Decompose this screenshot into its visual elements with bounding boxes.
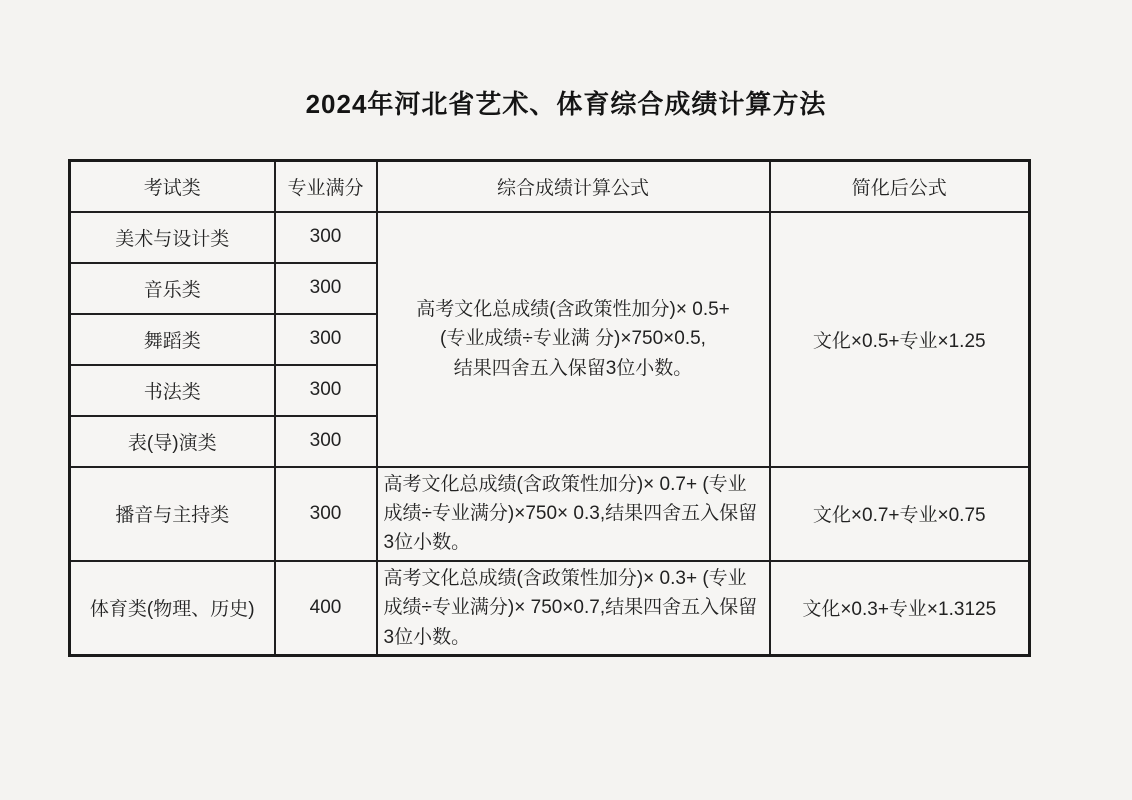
cell-category-dance: 舞蹈类 [70,314,275,365]
cell-simplified-broadcast: 文化×0.7+专业×0.75 [770,467,1030,561]
cell-score-performance: 300 [275,416,377,467]
cell-formula-broadcast: 高考文化总成绩(含政策性加分)× 0.7+ (专业成绩÷专业满分)×750× 0… [377,467,770,561]
cell-score-art-design: 300 [275,212,377,263]
cell-score-broadcast: 300 [275,467,377,561]
cell-score-sports: 400 [275,561,377,656]
cell-category-calligraphy: 书法类 [70,365,275,416]
cell-simplified-sports: 文化×0.3+专业×1.3125 [770,561,1030,656]
cell-category-music: 音乐类 [70,263,275,314]
document-page: 2024年河北省艺术、体育综合成绩计算方法 考试类 专业满分 综合成绩计算公式 … [0,0,1132,800]
cell-category-broadcast: 播音与主持类 [70,467,275,561]
table-header-row: 考试类 专业满分 综合成绩计算公式 简化后公式 [70,161,1030,212]
header-category: 考试类 [70,161,275,212]
cell-score-music: 300 [275,263,377,314]
cell-formula-art-group: 高考文化总成绩(含政策性加分)× 0.5+ (专业成绩÷专业满 分)×750×0… [377,212,770,467]
cell-simplified-art-group: 文化×0.5+专业×1.25 [770,212,1030,467]
table-row: 美术与设计类 300 高考文化总成绩(含政策性加分)× 0.5+ (专业成绩÷专… [70,212,1030,263]
score-calculation-table: 考试类 专业满分 综合成绩计算公式 简化后公式 美术与设计类 300 高考文化总… [68,159,1031,657]
cell-formula-sports: 高考文化总成绩(含政策性加分)× 0.3+ (专业成绩÷专业满分)× 750×0… [377,561,770,656]
cell-score-calligraphy: 300 [275,365,377,416]
page-title: 2024年河北省艺术、体育综合成绩计算方法 [0,84,1132,121]
header-full-score: 专业满分 [275,161,377,212]
header-formula: 综合成绩计算公式 [377,161,770,212]
cell-category-art-design: 美术与设计类 [70,212,275,263]
header-simplified: 简化后公式 [770,161,1030,212]
table-row: 体育类(物理、历史) 400 高考文化总成绩(含政策性加分)× 0.3+ (专业… [70,561,1030,656]
cell-category-sports: 体育类(物理、历史) [70,561,275,656]
cell-category-performance: 表(导)演类 [70,416,275,467]
table-row: 播音与主持类 300 高考文化总成绩(含政策性加分)× 0.7+ (专业成绩÷专… [70,467,1030,561]
cell-score-dance: 300 [275,314,377,365]
